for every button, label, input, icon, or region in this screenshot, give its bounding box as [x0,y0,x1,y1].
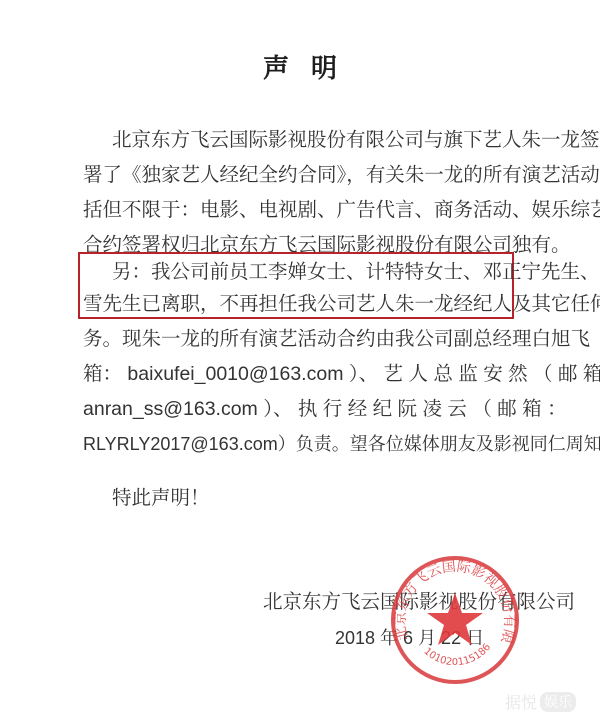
highlighted-text-line: 雪先生已离职，不再担任我公司艺人朱一龙经纪人及其它任何职 [83,292,510,316]
text-line: 括但不限于：电影、电视剧、广告代言、商务活动、娱乐综艺等） [83,198,515,222]
text-line: 箱： baixufei_0010@163.com ）、 艺 人 总 监 安 然 … [83,362,515,386]
watermark-badge: 娱乐 [540,692,576,712]
seal-stamp-icon: 北京东方飞云国际影视股份有限公司 1010201151863 [388,553,522,687]
text-line: 署了《独家艺人经纪全约合同》，有关朱一龙的所有演艺活动（包 [83,163,515,187]
text-line: 北京东方飞云国际影视股份有限公司与旗下艺人朱一龙签 [112,128,515,152]
text-line: RLYRLY2017@163.com）负责。望各位媒体朋友及影视同仁周知。 [83,432,515,456]
text-line: anran_ss@163.com ）、 执 行 经 纪 阮 凌 云 （ 邮 箱 … [83,397,515,421]
highlighted-text-line: 另：我公司前员工李婵女士、计特特女士、邓正宁先生、杜 [112,260,510,284]
closing-line: 特此声明！ [112,486,544,510]
site-watermark: 据悦 娱乐 [505,690,576,713]
text-line: 务。现朱一龙的所有演艺活动合约由我公司副总经理白旭飞（邮 [83,327,515,351]
watermark-text: 据悦 [505,690,537,713]
document-title: 声明 [0,48,600,85]
company-seal: 北京东方飞云国际影视股份有限公司 1010201151863 [388,553,522,687]
